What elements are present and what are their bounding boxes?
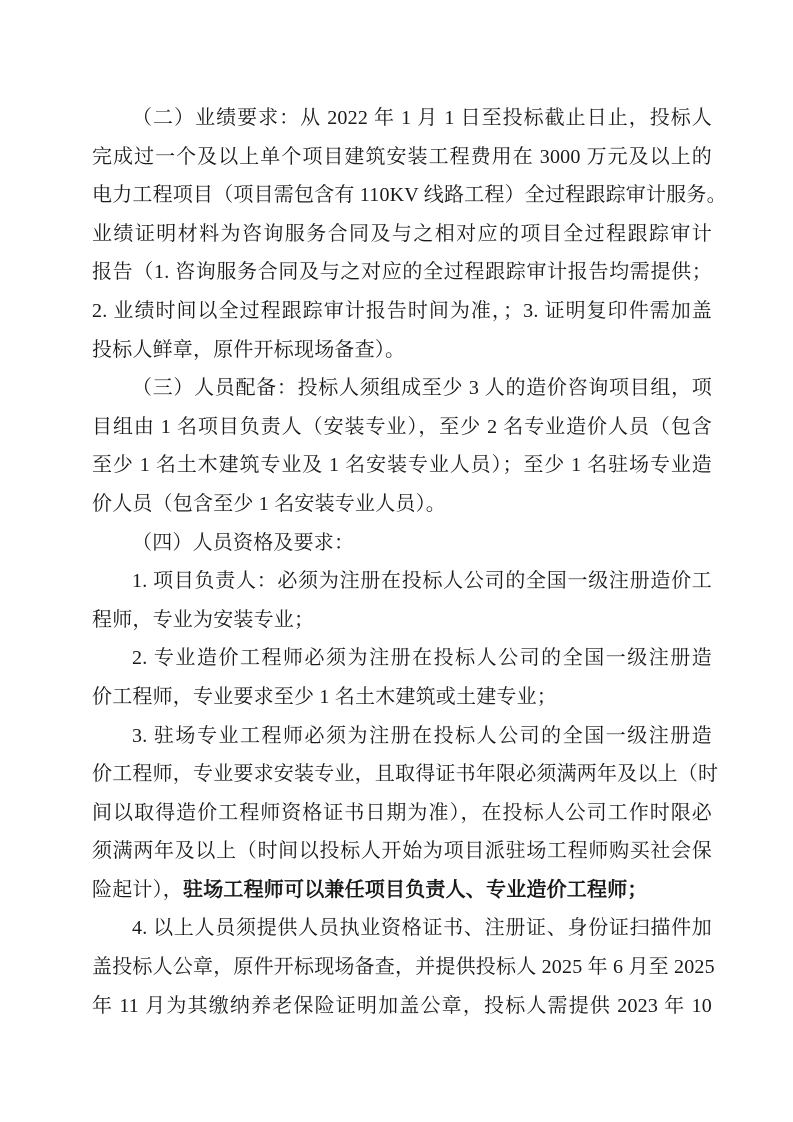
document-page: （二）业绩要求：从 2022 年 1 月 1 日至投标截止日止，投标人完成过一个… — [0, 0, 793, 1122]
paragraph-staffing-requirements: （三）人员配备：投标人须组成至少 3 人的造价咨询项目组，项目组由 1 名项目负… — [92, 369, 712, 523]
text-line: 险起计），驻场工程师可以兼任项目负责人、专业造价工程师； — [92, 871, 712, 910]
text-line: 年 11 月为其缴纳养老保险证明加盖公章，投标人需提供 2023 年 10 — [92, 987, 712, 1026]
text-line: 至少 1 名土木建筑专业及 1 名安装专业人员）；至少 1 名驻场专业造 — [92, 446, 712, 485]
text-line: 投标人鲜章，原件开标现场备查）。 — [92, 331, 712, 370]
text-line: 目组由 1 名项目负责人（安装专业），至少 2 名专业造价人员（包含 — [92, 408, 712, 447]
text-line: 价工程师，专业要求安装专业，且取得证书年限必须满两年及以上（时 — [92, 755, 712, 794]
text-run: 1. 项目负责人：必须为注册在投标人公司的全国一级注册造价工 — [132, 570, 712, 592]
text-run: 完成过一个及以上单个项目建筑安装工程费用在 3000 万元及以上的 — [92, 146, 712, 168]
text-run: 价工程师，专业要求安装专业，且取得证书年限必须满两年及以上（时 — [92, 763, 718, 785]
text-line: 间以取得造价工程师资格证书日期为准），在投标人公司工作时限必 — [92, 794, 712, 833]
paragraph-item-1-project-leader: 1. 项目负责人：必须为注册在投标人公司的全国一级注册造价工程师，专业为安装专业… — [92, 562, 712, 639]
text-run: 报告（1. 咨询服务合同及与之对应的全过程跟踪审计报告均需提供； — [92, 261, 712, 283]
text-line: 报告（1. 咨询服务合同及与之对应的全过程跟踪审计报告均需提供； — [92, 253, 712, 292]
text-run: 2. 业绩时间以全过程跟踪审计报告时间为准，；3. 证明复印件需加盖 — [92, 300, 712, 322]
text-run: 2. 专业造价工程师必须为注册在投标人公司的全国一级注册造 — [132, 647, 712, 669]
text-run: 程师，专业为安装专业； — [92, 609, 314, 631]
text-run: 盖投标人公章，原件开标现场备查，并提供投标人 2025 年 6 月至 2025 — [92, 956, 715, 978]
text-line: （四）人员资格及要求： — [92, 524, 712, 563]
text-line: （三）人员配备：投标人须组成至少 3 人的造价咨询项目组，项 — [92, 369, 712, 408]
text-line: 电力工程项目（项目需包含有 110KV 线路工程）全过程跟踪审计服务。 — [92, 176, 712, 215]
text-line: 完成过一个及以上单个项目建筑安装工程费用在 3000 万元及以上的 — [92, 138, 712, 177]
text-line: 1. 项目负责人：必须为注册在投标人公司的全国一级注册造价工 — [92, 562, 712, 601]
text-run: （二）业绩要求：从 2022 年 1 月 1 日至投标截止日止，投标人 — [132, 107, 712, 129]
paragraph-item-4-certificates: 4. 以上人员须提供人员执业资格证书、注册证、身份证扫描件加盖投标人公章，原件开… — [92, 909, 712, 1025]
text-line: 须满两年及以上（时间以投标人开始为项目派驻场工程师购买社会保 — [92, 832, 712, 871]
text-run: （三）人员配备：投标人须组成至少 3 人的造价咨询项目组，项 — [132, 377, 712, 399]
text-run: 间以取得造价工程师资格证书日期为准），在投标人公司工作时限必 — [92, 802, 712, 824]
bold-text-run: 驻场工程师可以兼任项目负责人、专业造价工程师； — [183, 879, 648, 901]
text-run: 业绩证明材料为咨询服务合同及与之相对应的项目全过程跟踪审计 — [92, 223, 712, 245]
text-run: 价人员（包含至少 1 名安装专业人员）。 — [92, 493, 446, 515]
text-run: 3. 驻场专业工程师必须为注册在投标人公司的全国一级注册造 — [132, 725, 712, 747]
text-line: 盖投标人公章，原件开标现场备查，并提供投标人 2025 年 6 月至 2025 — [92, 948, 712, 987]
paragraph-item-3-resident-engineer: 3. 驻场专业工程师必须为注册在投标人公司的全国一级注册造价工程师，专业要求安装… — [92, 717, 712, 910]
text-run: 投标人鲜章，原件开标现场备查）。 — [92, 339, 405, 361]
text-run: 价工程师，专业要求至少 1 名土木建筑或土建专业； — [92, 686, 557, 708]
text-line: 价人员（包含至少 1 名安装专业人员）。 — [92, 485, 712, 524]
paragraph-qualification-heading: （四）人员资格及要求： — [92, 524, 712, 563]
text-line: 程师，专业为安装专业； — [92, 601, 712, 640]
paragraph-performance-requirements: （二）业绩要求：从 2022 年 1 月 1 日至投标截止日止，投标人完成过一个… — [92, 99, 712, 369]
text-line: 业绩证明材料为咨询服务合同及与之相对应的项目全过程跟踪审计 — [92, 215, 712, 254]
document-body: （二）业绩要求：从 2022 年 1 月 1 日至投标截止日止，投标人完成过一个… — [92, 99, 712, 1025]
text-run: 4. 以上人员须提供人员执业资格证书、注册证、身份证扫描件加 — [132, 917, 712, 939]
text-line: 2. 业绩时间以全过程跟踪审计报告时间为准，；3. 证明复印件需加盖 — [92, 292, 712, 331]
text-run: 年 11 月为其缴纳养老保险证明加盖公章，投标人需提供 2023 年 10 — [92, 995, 712, 1017]
text-run: （四）人员资格及要求： — [132, 532, 354, 554]
text-run: 至少 1 名土木建筑专业及 1 名安装专业人员）；至少 1 名驻场专业造 — [92, 454, 712, 476]
paragraph-item-2-cost-engineer: 2. 专业造价工程师必须为注册在投标人公司的全国一级注册造价工程师，专业要求至少… — [92, 639, 712, 716]
text-line: 3. 驻场专业工程师必须为注册在投标人公司的全国一级注册造 — [92, 717, 712, 756]
text-run: 目组由 1 名项目负责人（安装专业），至少 2 名专业造价人员（包含 — [92, 416, 712, 438]
text-line: （二）业绩要求：从 2022 年 1 月 1 日至投标截止日止，投标人 — [92, 99, 712, 138]
text-run: 电力工程项目（项目需包含有 110KV 线路工程）全过程跟踪审计服务。 — [92, 184, 727, 206]
text-run: 须满两年及以上（时间以投标人开始为项目派驻场工程师购买社会保 — [92, 840, 712, 862]
text-line: 2. 专业造价工程师必须为注册在投标人公司的全国一级注册造 — [92, 639, 712, 678]
text-line: 4. 以上人员须提供人员执业资格证书、注册证、身份证扫描件加 — [92, 909, 712, 948]
text-run: 险起计）， — [92, 879, 183, 901]
text-line: 价工程师，专业要求至少 1 名土木建筑或土建专业； — [92, 678, 712, 717]
